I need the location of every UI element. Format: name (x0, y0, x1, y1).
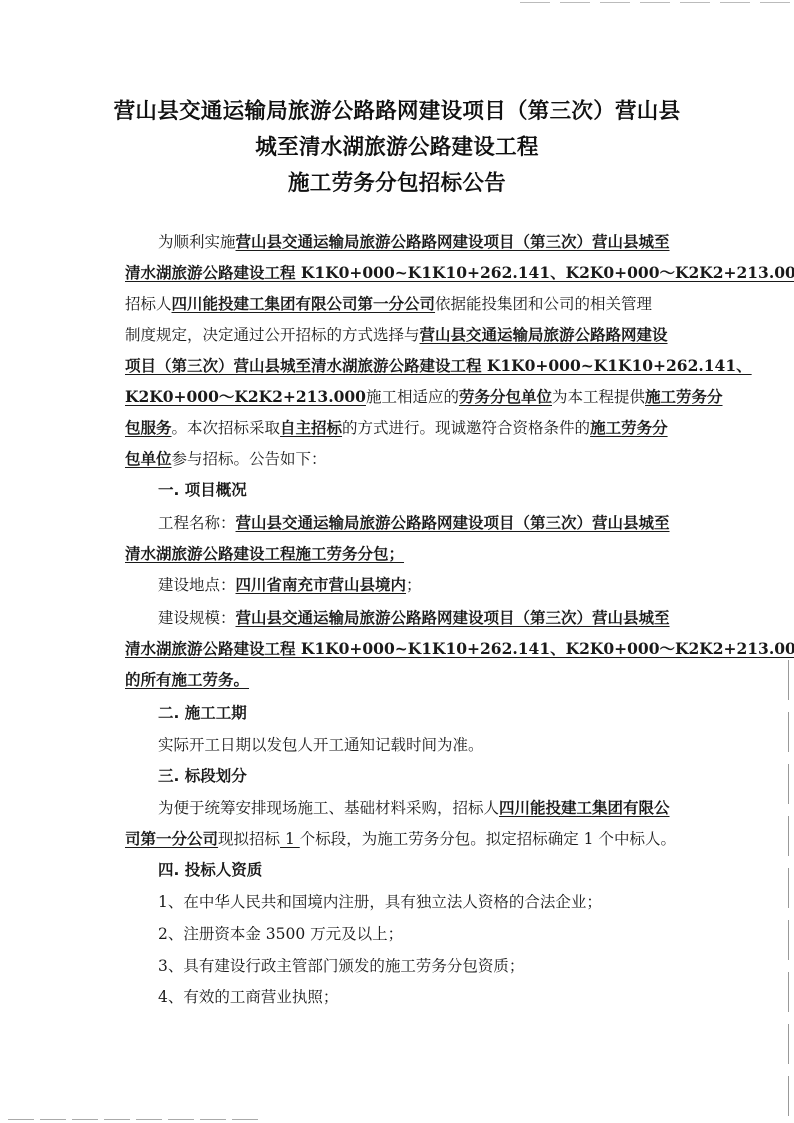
section-3-heading: 三. 标段划分 (158, 766, 247, 786)
intro-line-4: 制度规定，决定通过公开招标的方式选择与营山县交通运输局旅游公路路网建设 (125, 325, 668, 345)
tenderer-name: 四川能投建工集团有限公司第一分公司 (172, 294, 436, 313)
project-location: 建设地点：四川省南充市营山县境内； (158, 575, 422, 595)
scan-artifact-right (788, 660, 789, 1120)
intro-line-7: 包服务。本次招标采取自主招标的方式进行。现诚邀符合资格条件的施工劳务分 (125, 418, 668, 438)
qualification-item-2: 2、注册资本金 3500 万元及以上； (158, 924, 403, 944)
qualification-item-4: 4、有效的工商营业执照； (158, 987, 338, 1007)
project-scale-line-3: 的所有施工劳务。 (125, 670, 249, 690)
project-scale-line-2: 清水湖旅游公路建设工程 K1K0+000~K1K10+262.141、K2K0+… (125, 639, 794, 659)
intro-line-2: 清水湖旅游公路建设工程 K1K0+000~K1K10+262.141、K2K0+… (125, 263, 794, 283)
scan-artifact-top (520, 2, 790, 3)
intro-line-5: 项目（第三次）营山县城至清水湖旅游公路建设工程 K1K0+000~K1K10+2… (125, 356, 752, 376)
section-1-heading: 一. 项目概况 (158, 480, 247, 500)
lot-division-line-2: 司第一分公司现拟招标 1 个标段，为施工劳务分包。拟定招标确定 1 个中标人。 (125, 829, 676, 849)
lot-division-line-1: 为便于统筹安排现场施工、基础材料采购，招标人四川能投建工集团有限公 (158, 798, 670, 818)
document-title-line-2: 城至清水湖旅游公路建设工程 (0, 130, 794, 166)
section-4-heading: 四. 投标人资质 (158, 860, 262, 880)
qualification-item-1: 1、在中华人民共和国境内注册，具有独立法人资格的合法企业； (158, 892, 602, 912)
project-scale-line-1: 建设规模：营山县交通运输局旅游公路路网建设项目（第三次）营山县城至 (158, 608, 670, 628)
intro-line-8: 包单位参与招标。公告如下： (125, 449, 327, 469)
lot-count: 1 (280, 830, 300, 848)
scan-artifact-bottom (8, 1119, 263, 1120)
document-title-line-1: 营山县交通运输局旅游公路路网建设项目（第三次）营山县 (0, 94, 794, 130)
intro-line-3: 招标人四川能投建工集团有限公司第一分公司依据能投集团和公司的相关管理 (125, 294, 652, 314)
section-2-heading: 二. 施工工期 (158, 703, 247, 723)
document-title-line-3: 施工劳务分包招标公告 (0, 166, 794, 202)
project-name-line-2: 清水湖旅游公路建设工程施工劳务分包； (125, 544, 404, 564)
intro-line-1: 为顺利实施营山县交通运输局旅游公路路网建设项目（第三次）营山县城至 (158, 232, 670, 252)
intro-line-6: K2K0+000～K2K2+213.000施工相适应的劳务分包单位为本工程提供施… (125, 387, 723, 407)
construction-period-text: 实际开工日期以发包人开工通知记载时间为准。 (158, 735, 484, 755)
qualification-item-3: 3、具有建设行政主管部门颁发的施工劳务分包资质； (158, 956, 524, 976)
project-name: 营山县交通运输局旅游公路路网建设项目（第三次）营山县城至 (236, 232, 670, 251)
project-name-line-1: 工程名称：营山县交通运输局旅游公路路网建设项目（第三次）营山县城至 (158, 513, 670, 533)
